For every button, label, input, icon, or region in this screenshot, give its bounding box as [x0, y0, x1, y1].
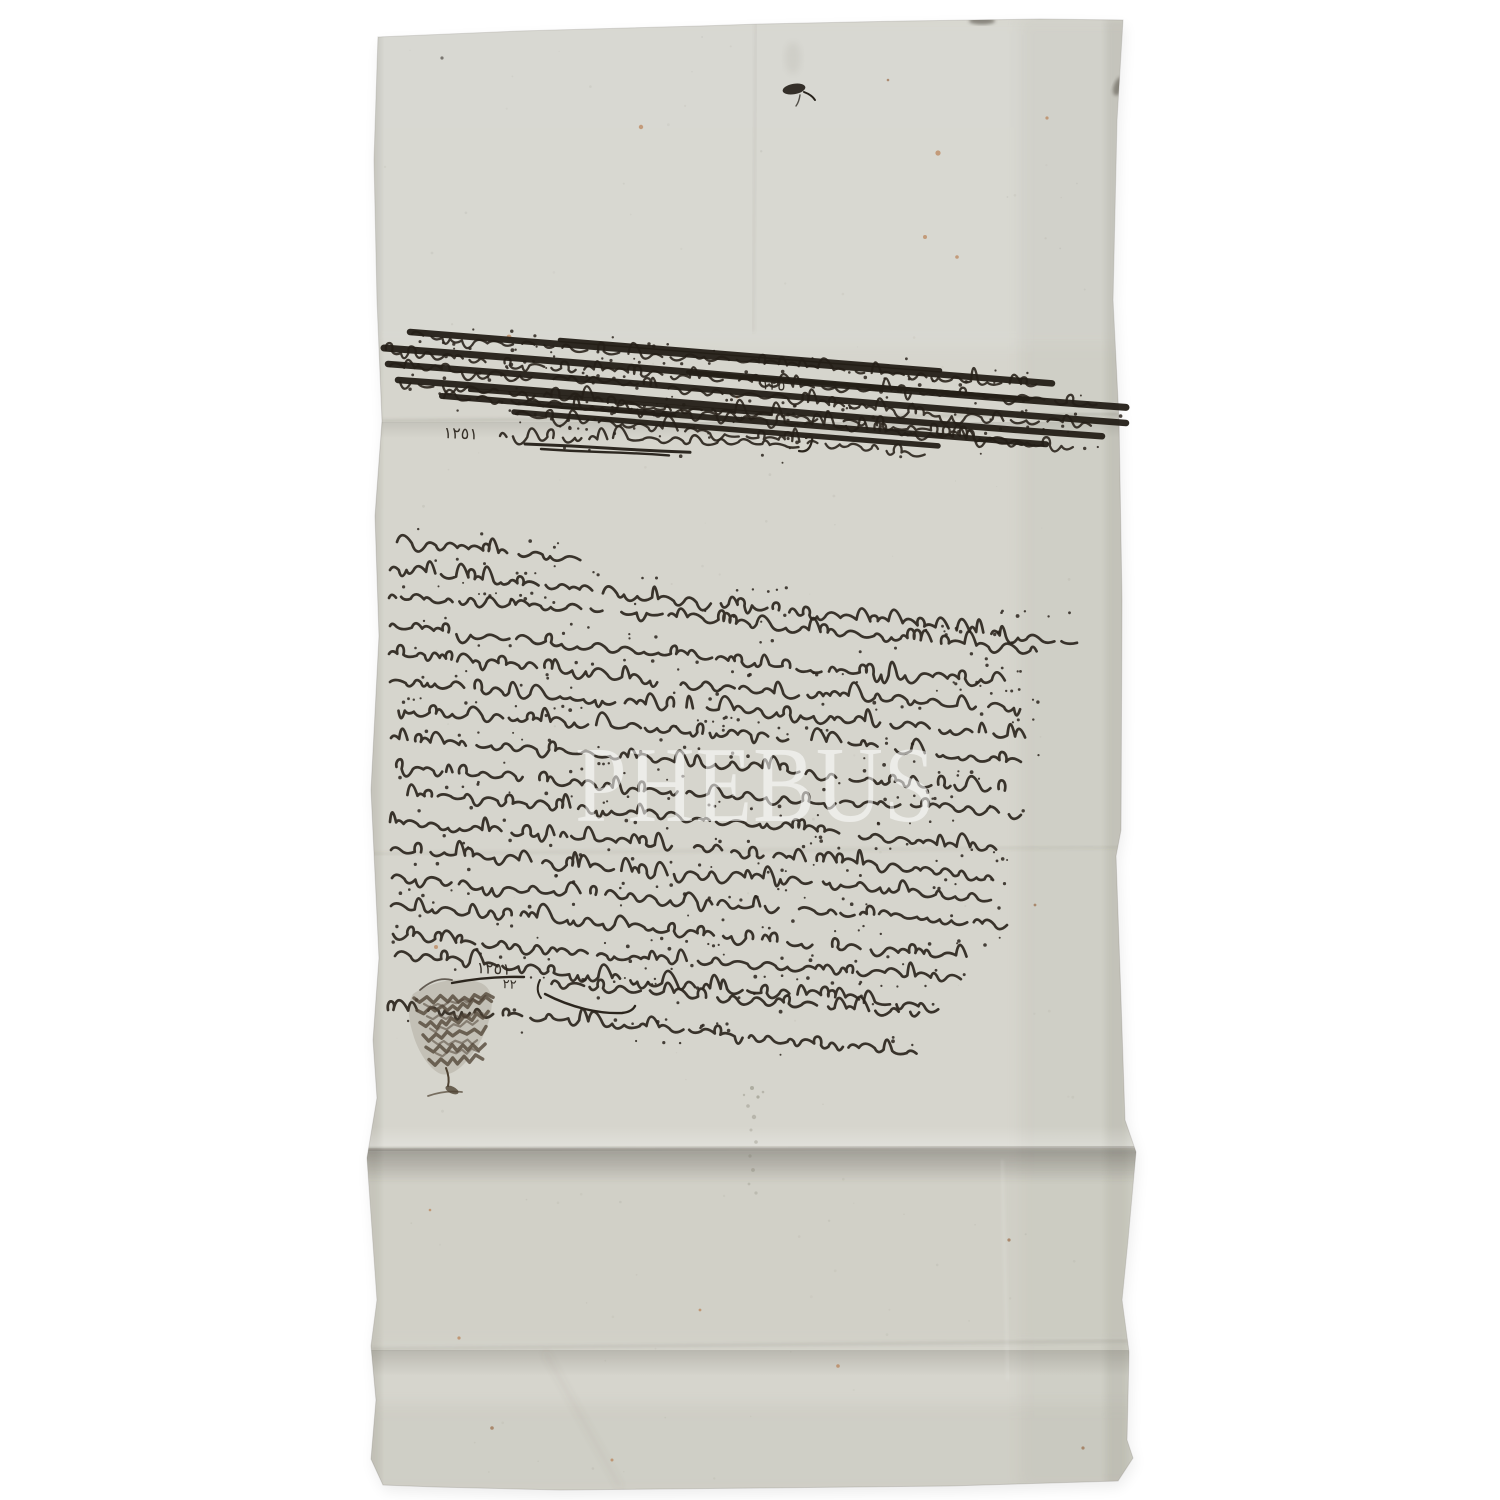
- ink-dot: [779, 1010, 783, 1014]
- ink-dot: [753, 992, 756, 995]
- ink-dot: [970, 770, 974, 774]
- ink-dot: [685, 1079, 686, 1080]
- ink-dot: [631, 1022, 634, 1025]
- edge-smudge: [969, 18, 995, 25]
- ink-dot: [941, 366, 943, 368]
- ink-dot: [663, 362, 666, 365]
- ink-dot: [955, 627, 958, 630]
- ink-dot: [834, 1269, 837, 1272]
- ink-dot: [700, 1025, 703, 1028]
- ink-dot: [959, 383, 963, 387]
- ink-dot: [932, 380, 934, 382]
- ink-dot: [586, 1302, 587, 1303]
- ink-dot: [557, 1202, 560, 1205]
- ink-dot: [693, 922, 694, 923]
- ink-dot: [614, 1018, 618, 1022]
- ink-dot: [622, 977, 624, 979]
- ink-dot: [771, 639, 774, 642]
- ink-dot: [443, 834, 446, 837]
- ink-dot: [990, 692, 993, 695]
- ink-dot: [935, 860, 937, 862]
- ink-dot: [462, 582, 464, 584]
- ink-dot: [716, 1022, 718, 1024]
- ink-dot: [1119, 414, 1123, 418]
- ink-dot: [636, 1274, 638, 1276]
- ink-dot: [671, 583, 673, 585]
- ink-dot: [673, 692, 676, 695]
- ink-dot: [748, 399, 751, 402]
- ink-dot: [1000, 611, 1003, 614]
- ink-dot: [736, 589, 739, 592]
- ink-dot: [417, 528, 419, 530]
- ink-dot: [479, 952, 482, 955]
- ink-dot: [760, 150, 762, 152]
- ink-dot: [453, 348, 455, 350]
- ink-dot: [944, 878, 947, 881]
- ink-dot: [950, 914, 953, 917]
- ink-dot: [442, 341, 445, 344]
- ink-dot: [611, 1459, 614, 1462]
- ink-dot: [813, 864, 815, 866]
- ink-dot: [804, 897, 806, 899]
- ink-dot: [754, 1191, 757, 1194]
- ink-dot: [780, 1054, 782, 1056]
- ink-dot: [407, 1020, 409, 1022]
- ink-dot: [654, 978, 656, 980]
- ink-dot: [955, 480, 956, 481]
- ink-dot: [925, 633, 926, 634]
- ink-dot: [828, 1220, 830, 1222]
- ink-dot: [781, 974, 784, 977]
- ink-dot: [853, 1389, 855, 1391]
- ink-dot: [515, 705, 517, 707]
- ink-dot: [679, 454, 683, 458]
- ink-dot: [1025, 1233, 1027, 1235]
- ink-dot: [655, 577, 658, 580]
- ink-dot: [918, 707, 921, 710]
- ink-dot: [552, 601, 555, 604]
- ink-dot: [624, 977, 626, 979]
- ink-dot: [524, 572, 527, 575]
- ink-dot: [395, 925, 398, 928]
- ink-dot: [865, 903, 867, 905]
- ink-dot: [932, 1003, 935, 1006]
- ink-dot: [795, 441, 799, 445]
- ink-dot: [768, 927, 771, 930]
- ink-dot: [506, 108, 508, 110]
- ink-dot: [666, 343, 669, 346]
- ink-dot: [957, 939, 961, 943]
- ink-dot: [892, 1036, 895, 1039]
- ink-dot: [677, 668, 679, 670]
- ink-dot: [902, 963, 904, 965]
- ink-dot: [443, 376, 447, 380]
- ink-dot: [746, 1104, 750, 1108]
- ink-dot: [619, 1201, 622, 1204]
- ink-dot: [587, 626, 590, 629]
- ink-dot: [846, 869, 849, 872]
- ink-dot: [1083, 447, 1086, 450]
- ink-dot: [842, 293, 845, 296]
- ink-dot: [585, 428, 588, 431]
- ink-dot: [472, 328, 474, 330]
- ink-dot: [990, 878, 992, 880]
- ink-dot: [750, 1086, 754, 1090]
- ink-dot: [510, 598, 513, 601]
- ink-dot: [503, 819, 506, 822]
- ink-dot: [970, 652, 973, 655]
- ink-dot: [842, 673, 844, 675]
- ink-dot: [964, 380, 968, 384]
- ink-dot: [699, 1309, 702, 1312]
- ink-dot: [467, 868, 471, 872]
- ink-dot: [978, 778, 980, 780]
- ink-dot: [989, 805, 991, 807]
- ink-dot: [933, 886, 936, 889]
- ink-dot: [676, 1001, 679, 1004]
- ink-dot: [623, 375, 626, 378]
- ink-dot: [747, 892, 749, 894]
- ink-dot: [941, 625, 944, 628]
- ink-dot: [478, 593, 480, 595]
- ink-dot: [561, 705, 564, 708]
- ink-dot: [872, 701, 876, 705]
- ink-dot: [1034, 904, 1037, 907]
- ink-dot: [630, 214, 632, 216]
- ink-dot: [447, 723, 449, 725]
- ink-dot: [704, 610, 706, 612]
- ink-dot: [782, 462, 784, 464]
- ink-dot: [467, 846, 469, 848]
- ink-dot: [445, 786, 449, 790]
- ink-dot: [780, 869, 783, 872]
- ink-dot: [544, 792, 548, 796]
- ink-dot: [791, 919, 795, 923]
- ink-dot: [719, 573, 721, 575]
- ink-dot: [577, 427, 579, 429]
- ink-dot: [684, 105, 686, 107]
- ink-dot: [626, 945, 630, 949]
- ink-dot: [842, 1178, 845, 1181]
- ink-dot: [1017, 670, 1019, 672]
- ink-dot: [952, 820, 954, 822]
- ink-dot: [437, 389, 438, 390]
- ink-dot: [1019, 670, 1022, 673]
- ink-dot: [514, 897, 515, 898]
- ink-dot: [751, 1168, 755, 1172]
- ink-dot: [399, 891, 403, 895]
- ink-dot: [747, 674, 750, 677]
- ink-dot: [725, 1022, 728, 1025]
- ink-dot: [980, 712, 984, 716]
- ink-dot: [402, 585, 405, 588]
- ink-dot: [1061, 197, 1062, 198]
- ink-dot: [483, 592, 486, 595]
- ink-dot: [822, 1104, 824, 1106]
- ink-dot: [710, 866, 712, 868]
- ink-dot: [880, 933, 882, 935]
- phebus-watermark: PHEBUS: [575, 724, 945, 848]
- ink-dot: [384, 166, 386, 168]
- ink-dot: [548, 739, 551, 742]
- ink-dot: [894, 647, 897, 650]
- ink-dot: [815, 673, 818, 676]
- ink-dot: [892, 556, 893, 557]
- ink-dot: [438, 356, 440, 358]
- ink-dot: [421, 676, 424, 679]
- ink-dot: [1026, 372, 1028, 374]
- ink-dot: [925, 629, 927, 631]
- ink-dot: [628, 633, 630, 635]
- ink-dot: [549, 844, 552, 847]
- ink-dot: [623, 1471, 624, 1472]
- ink-dot: [488, 1471, 490, 1473]
- ink-dot: [848, 371, 851, 374]
- ink-dot: [639, 125, 643, 129]
- tone-band: [360, 1405, 1150, 1495]
- ink-dot: [690, 964, 693, 967]
- ink-dot: [872, 1003, 874, 1005]
- ink-dot: [1045, 164, 1047, 166]
- ink-dot: [707, 943, 709, 945]
- ink-dot: [730, 717, 732, 719]
- ink-dot: [420, 697, 422, 699]
- ink-dot: [836, 1364, 840, 1368]
- ink-dot: [546, 673, 549, 676]
- ink-dot: [465, 670, 467, 672]
- ink-dot: [806, 976, 810, 980]
- ink-dot: [905, 357, 908, 360]
- ink-dot: [622, 882, 625, 885]
- ink-dot: [911, 1044, 913, 1046]
- ink-dot: [997, 631, 1001, 635]
- ink-dot: [718, 944, 720, 946]
- ink-dot: [521, 739, 523, 741]
- ink-dot: [756, 896, 759, 899]
- ink-dot: [1036, 700, 1039, 703]
- ink-dot: [612, 336, 614, 338]
- ink-dot: [959, 689, 961, 691]
- ink-dot: [698, 863, 701, 866]
- ink-dot: [764, 976, 766, 978]
- ink-dot: [546, 677, 549, 680]
- ink-dot: [780, 957, 783, 960]
- ink-dot: [488, 594, 491, 597]
- ink-dot: [665, 1018, 668, 1021]
- ink-dot: [1001, 857, 1005, 861]
- ink-dot: [634, 603, 636, 605]
- ink-dot: [739, 898, 742, 901]
- ink-dot: [410, 1222, 412, 1224]
- ink-dot: [769, 473, 772, 476]
- ink-dot: [635, 1040, 637, 1042]
- ink-dot: [510, 924, 513, 927]
- ink-dot: [601, 357, 603, 359]
- ink-dot: [612, 1316, 615, 1319]
- ink-dot: [1006, 859, 1008, 861]
- ink-dot: [1009, 1297, 1011, 1299]
- ink-dot: [1012, 721, 1014, 723]
- ink-dot: [553, 546, 556, 549]
- ink-dot: [955, 255, 959, 259]
- ink-dot: [730, 398, 733, 401]
- ink-dot: [423, 620, 425, 622]
- ink-dot: [957, 774, 960, 777]
- ink-dot: [945, 633, 948, 636]
- ink-dot: [956, 942, 958, 944]
- ink-dot: [722, 918, 725, 921]
- ink-dot: [392, 940, 395, 943]
- ink-dot: [1059, 248, 1061, 250]
- ink-dot: [620, 904, 622, 906]
- ink-dot: [557, 542, 559, 544]
- ink-dot: [708, 436, 711, 439]
- ink-dot: [759, 641, 762, 644]
- ink-dot: [671, 396, 673, 398]
- ink-dot: [495, 592, 497, 594]
- ink-dot: [958, 985, 959, 986]
- ink-dot: [708, 896, 711, 899]
- ink-dot: [754, 1140, 758, 1144]
- ink-dot: [794, 1020, 796, 1022]
- ink-dot: [782, 401, 785, 404]
- ink-dot: [854, 960, 857, 963]
- ink-dot: [860, 995, 863, 998]
- ink-dot: [1048, 1010, 1051, 1013]
- ink-dot: [569, 770, 572, 773]
- ink-dot: [548, 958, 551, 961]
- ink-dot: [1045, 116, 1048, 119]
- ink-dot: [402, 701, 405, 704]
- ink-dot: [477, 731, 479, 733]
- ink-dot: [645, 967, 647, 969]
- ink-dot: [879, 851, 882, 854]
- ink-dot: [509, 761, 510, 762]
- ink-dot: [652, 363, 654, 365]
- ink-dot: [1014, 194, 1017, 197]
- ink-dot: [422, 505, 425, 508]
- ink-dot: [562, 632, 565, 635]
- ink-dot: [767, 590, 770, 593]
- ink-dot: [1025, 409, 1028, 412]
- ink-dot: [656, 1020, 660, 1024]
- ink-dot: [441, 1110, 444, 1113]
- seal-year-number: ١٢٥١: [476, 958, 511, 979]
- ink-dot: [475, 701, 477, 703]
- ink-dot: [1047, 615, 1049, 617]
- ink-dot: [787, 437, 790, 440]
- ink-dot: [708, 362, 711, 365]
- ink-dot: [999, 937, 1001, 939]
- ink-dot: [635, 386, 638, 389]
- ink-dot: [785, 889, 787, 891]
- ink-dot: [963, 973, 966, 976]
- ink-dot: [419, 340, 422, 343]
- ink-dot: [743, 1094, 745, 1096]
- ink-dot: [935, 150, 940, 155]
- ink-dot: [1005, 690, 1007, 692]
- ink-dot: [928, 942, 932, 946]
- ink-dot: [943, 630, 945, 632]
- ink-dot: [728, 896, 731, 899]
- ink-dot: [439, 1244, 441, 1246]
- ink-dot: [1024, 610, 1026, 612]
- ink-dot: [1071, 1096, 1074, 1099]
- ink-dot: [696, 986, 699, 989]
- ink-dot: [1022, 809, 1025, 812]
- ink-dot: [1011, 641, 1014, 644]
- ink-dot: [834, 930, 836, 932]
- ink-dot: [554, 725, 556, 727]
- ink-dot: [974, 402, 977, 405]
- ink-dot: [572, 880, 575, 883]
- ink-dot: [1097, 446, 1099, 448]
- ink-dot: [417, 809, 420, 812]
- ink-dot: [993, 633, 996, 636]
- ink-dot: [680, 362, 683, 365]
- ink-dot: [559, 479, 560, 480]
- ink-dot: [467, 892, 470, 895]
- ink-dot: [753, 975, 757, 979]
- ink-dot: [487, 376, 490, 379]
- ink-dot: [737, 718, 740, 721]
- ink-dot: [727, 1029, 731, 1033]
- ink-dot: [1073, 1260, 1076, 1263]
- ink-dot: [708, 697, 712, 701]
- ink-dot: [983, 943, 987, 947]
- ink-dot: [478, 644, 481, 647]
- ink-dot: [523, 956, 526, 959]
- ink-dot: [812, 671, 815, 674]
- ink-dot: [793, 404, 796, 407]
- ink-dot: [785, 870, 787, 872]
- ink-dot: [676, 1052, 677, 1053]
- ink-dot: [831, 981, 835, 985]
- ink-dot: [641, 577, 644, 580]
- ink-dot: [1067, 1096, 1069, 1098]
- note-registry-number: ١٢٥١: [443, 423, 478, 443]
- header-registry-number: ١٢٥: [761, 375, 786, 395]
- ink-dot: [521, 1031, 523, 1033]
- ink-dot: [1001, 667, 1004, 670]
- ink-dot: [536, 346, 538, 348]
- ink-dot: [993, 851, 995, 853]
- ink-dot: [862, 925, 864, 927]
- ink-dot: [633, 427, 636, 430]
- ink-dot: [679, 1042, 681, 1044]
- ink-dot: [597, 573, 600, 576]
- ink-dot: [436, 862, 440, 866]
- ink-dot: [554, 565, 556, 567]
- ink-dot: [520, 684, 523, 687]
- ink-dot: [583, 978, 586, 981]
- ink-dot: [971, 848, 974, 851]
- ink-dot: [680, 248, 682, 250]
- ink-dot: [659, 435, 661, 437]
- ink-dot: [425, 730, 429, 734]
- ink-dot: [937, 887, 940, 890]
- ink-dot: [579, 853, 583, 857]
- ink-dot: [798, 1235, 801, 1238]
- ink-dot: [957, 770, 959, 772]
- ink-dot: [633, 358, 635, 360]
- ink-dot: [431, 252, 434, 255]
- ink-dot: [490, 1426, 494, 1430]
- ink-dot: [859, 650, 862, 653]
- ink-dot: [544, 596, 547, 599]
- ink-dot: [434, 559, 437, 562]
- ink-dot: [841, 408, 844, 411]
